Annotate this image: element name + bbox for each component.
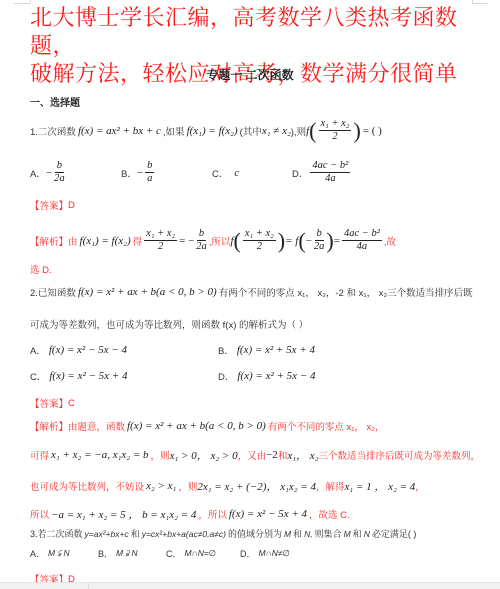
q3-option-c[interactable]: C．M∩N=∅ — [166, 547, 216, 560]
q1-option-b[interactable]: B．− ba — [121, 160, 156, 185]
question-1: 1.二次函数 f(x) = ax² + bx + c ,如果 f(x₁) = f… — [30, 118, 382, 143]
question-2-line-1: 2.已知函数 f(x) = x² + ax + b(a < 0, b > 0) … — [30, 285, 473, 299]
q1-option-c[interactable]: C．c — [212, 166, 239, 180]
q2-answer: 【答案】C — [30, 396, 75, 410]
q3-option-d[interactable]: D．M∩N≠∅ — [240, 547, 290, 560]
page-corner-mark — [30, 0, 31, 3]
q2-option-d[interactable]: D．f(x) = x² + 5x − 4 — [218, 369, 315, 383]
q2-analysis-line-4: 所以 −a = x₁ + x₂ = 5 ， b = x₁x₂ = 4 ，所以 f… — [30, 506, 350, 522]
topic-title: 专题一 二次函数 — [0, 66, 500, 83]
q3-option-a[interactable]: A．M ⫋ N — [30, 547, 70, 560]
page-corner-mark — [14, 3, 30, 4]
fraction: x₁ + x₂2 — [319, 118, 352, 143]
page-corner-mark — [472, 0, 473, 3]
question-2-line-2: 可成为等差数列，也可成为等比数列，则函数 f(x) 的解析式为（ ） — [30, 317, 308, 331]
question-3: 3.若二次函数 y=ax²+bx+c 和 y=cx²+bx+a(ac≠0,a≠c… — [30, 527, 416, 540]
q2-analysis-line-2: 可得 x₁ + x₂ = −a, x₁x₂ = b ，则 x₁ > 0， x₂ … — [30, 447, 480, 463]
q2-analysis-line-3: 也可成为等比数列，不妨设 x₂ > x₁ ，则 2x₁ = x₂ + (−2)，… — [30, 478, 425, 494]
q1-option-a[interactable]: A．− b2a — [30, 160, 67, 185]
q1-answer: 【答案】D — [30, 198, 75, 212]
q1-analysis: 【解析】 由 f(x₁) = f(x₂) 得 x₁ + x₂2 = − b2a … — [30, 228, 396, 253]
q2-analysis-line-1: 【解析】 由题意，函数 f(x) = x² + ax + b(a < 0, b … — [30, 419, 385, 433]
scrollbar-divider — [88, 583, 89, 589]
headline-line-1: 北大博士学长汇编，高考数学八类热考函数题， — [30, 5, 490, 61]
q1-option-d[interactable]: D． 4ac − b²4a — [292, 160, 352, 185]
horizontal-scrollbar[interactable] — [0, 582, 500, 589]
page-corner-mark — [472, 3, 488, 4]
q3-option-b[interactable]: B．M ⫌ N — [98, 547, 138, 560]
q2-option-a[interactable]: A．f(x) = x² − 5x − 4 — [30, 343, 127, 357]
section-heading: 一、选择题 — [30, 94, 80, 109]
q2-option-c[interactable]: C．f(x) = x² − 5x + 4 — [30, 369, 127, 383]
q1-analysis-cont: 选 D. — [30, 262, 52, 276]
q2-option-b[interactable]: B．f(x) = x² + 5x + 4 — [218, 343, 315, 357]
